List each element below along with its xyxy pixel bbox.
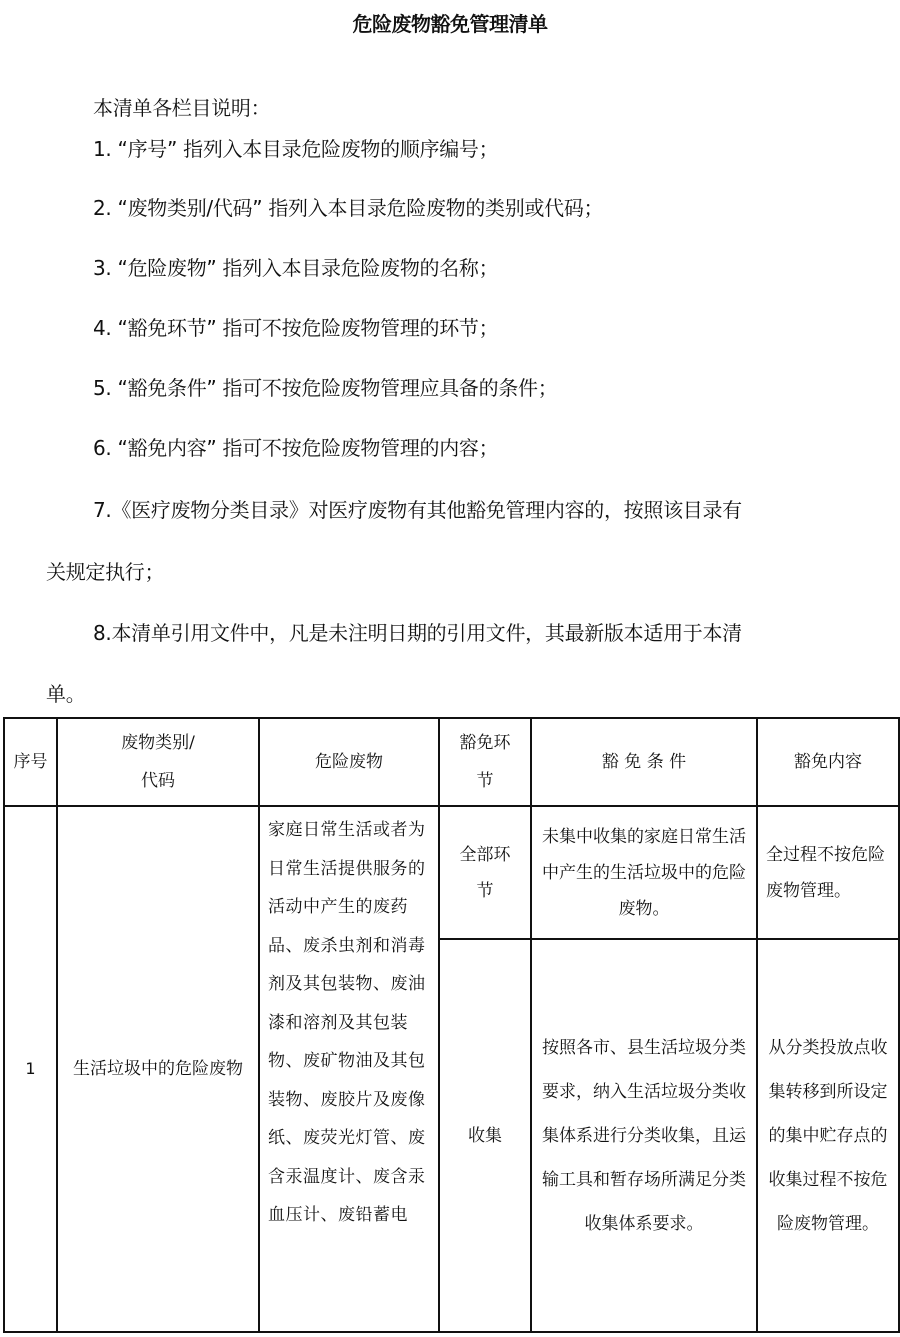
document-title: 危险废物豁免管理清单 [0, 8, 900, 37]
row-seq: 1 [4, 806, 57, 1332]
intro-heading: 本清单各栏目说明： [93, 92, 270, 121]
note-2: 2. “废物类别/代码” 指列入本目录危险废物的类别或代码； [93, 192, 603, 221]
note-8-line-1: 8.本清单引用文件中，凡是未注明日期的引用文件，其最新版本适用于本清 [93, 617, 742, 646]
header-content: 豁免内容 [757, 718, 899, 806]
note-4: 4. “豁免环节” 指可不按危险废物管理的环节； [93, 312, 498, 341]
row-conditions-collection: 按照各市、县生活垃圾分类要求，纳入生活垃圾分类收集体系进行分类收集，且运输工具和… [531, 939, 757, 1332]
header-category: 废物类别/ 代码 [57, 718, 259, 806]
row-conditions-all: 未集中收集的家庭日常生活中产生的生活垃圾中的危险废物。 [531, 806, 757, 939]
exemption-table: 序号 废物类别/ 代码 危险废物 豁免环 节 豁 免 条 件 豁免内容 1 生活… [3, 717, 900, 1333]
row-content-collection: 从分类投放点收集转移到所设定的集中贮存点的收集过程不按危险废物管理。 [757, 939, 899, 1332]
header-hazardous-waste: 危险废物 [259, 718, 439, 806]
row-stage-collection: 收集 [439, 939, 531, 1332]
note-1: 1. “序号” 指列入本目录危险废物的顺序编号； [93, 133, 498, 162]
row-hazardous-waste: 家庭日常生活或者为日常生活提供服务的活动中产生的废药品、废杀虫剂和消毒剂及其包装… [259, 806, 439, 1332]
row-category: 生活垃圾中的危险废物 [57, 806, 259, 1332]
table-row: 1 生活垃圾中的危险废物 家庭日常生活或者为日常生活提供服务的活动中产生的废药品… [4, 806, 899, 939]
note-7-line-2: 关规定执行； [46, 556, 164, 585]
note-5: 5. “豁免条件” 指可不按危险废物管理应具备的条件； [93, 372, 557, 401]
note-3: 3. “危险废物” 指列入本目录危险废物的名称； [93, 252, 498, 281]
note-7-line-1: 7.《医疗废物分类目录》对医疗废物有其他豁免管理内容的，按照该目录有 [93, 494, 742, 523]
note-8-line-2: 单。 [46, 678, 85, 707]
header-stage: 豁免环 节 [439, 718, 531, 806]
note-6: 6. “豁免内容” 指可不按危险废物管理的内容； [93, 432, 498, 461]
header-conditions: 豁 免 条 件 [531, 718, 757, 806]
table-header-row: 序号 废物类别/ 代码 危险废物 豁免环 节 豁 免 条 件 豁免内容 [4, 718, 899, 806]
row-content-all: 全过程不按危险废物管理。 [757, 806, 899, 939]
row-stage-all: 全部环节 [439, 806, 531, 939]
header-seq: 序号 [4, 718, 57, 806]
